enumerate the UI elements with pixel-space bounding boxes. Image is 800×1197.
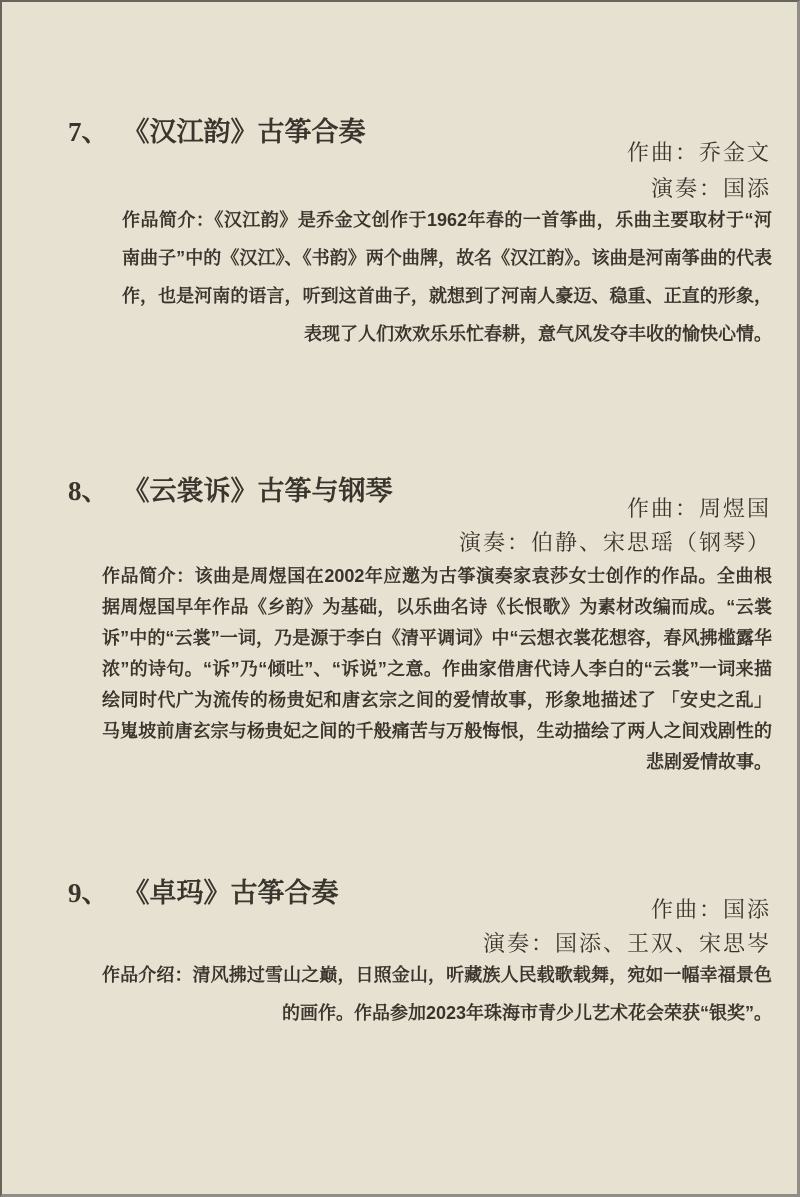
composer-name: 周煜国 (699, 496, 771, 521)
performer-names: 伯静、宋思瑶（钢琴） (531, 530, 771, 555)
piece-8-performer-line: 演奏：伯静、宋思瑶（钢琴） (2, 530, 797, 556)
piece-7-composer-line: 作曲：乔金文 (2, 140, 797, 166)
piece-8-composer-line: 作曲：周煜国 (2, 496, 797, 522)
composer-label: 作曲： (627, 496, 699, 521)
composer-name: 乔金文 (699, 140, 771, 165)
piece-9-performer-line: 演奏：国添、王双、宋思岑 (2, 931, 797, 957)
piece-9-composer-line: 作曲：国添 (2, 897, 797, 923)
piece-9-intro: 作品介绍：清风拂过雪山之巅，日照金山，听藏族人民载歌载舞，宛如一幅幸福景色的画作… (2, 956, 797, 1032)
composer-label: 作曲： (651, 897, 723, 922)
composer-label: 作曲： (627, 140, 699, 165)
piece-7-intro: 作品简介：《汉江韵》是乔金文创作于1962年春的一首筝曲，乐曲主要取材于“河南曲… (2, 201, 797, 353)
performer-names: 国添、王双、宋思岑 (555, 931, 771, 956)
piece-7-performer-line: 演奏：国添 (2, 176, 797, 202)
composer-name: 国添 (723, 897, 771, 922)
performer-label: 演奏： (483, 931, 555, 956)
performer-names: 国添 (723, 176, 771, 201)
performer-label: 演奏： (651, 176, 723, 201)
performer-label: 演奏： (459, 530, 531, 555)
program-page: 7、《汉江韵》古筝合奏 作曲：乔金文 演奏：国添 作品简介：《汉江韵》是乔金文创… (0, 0, 800, 1197)
piece-8-intro: 作品简介：该曲是周煜国在2002年应邀为古筝演奏家袁莎女士创作的作品。全曲根据周… (2, 561, 797, 778)
